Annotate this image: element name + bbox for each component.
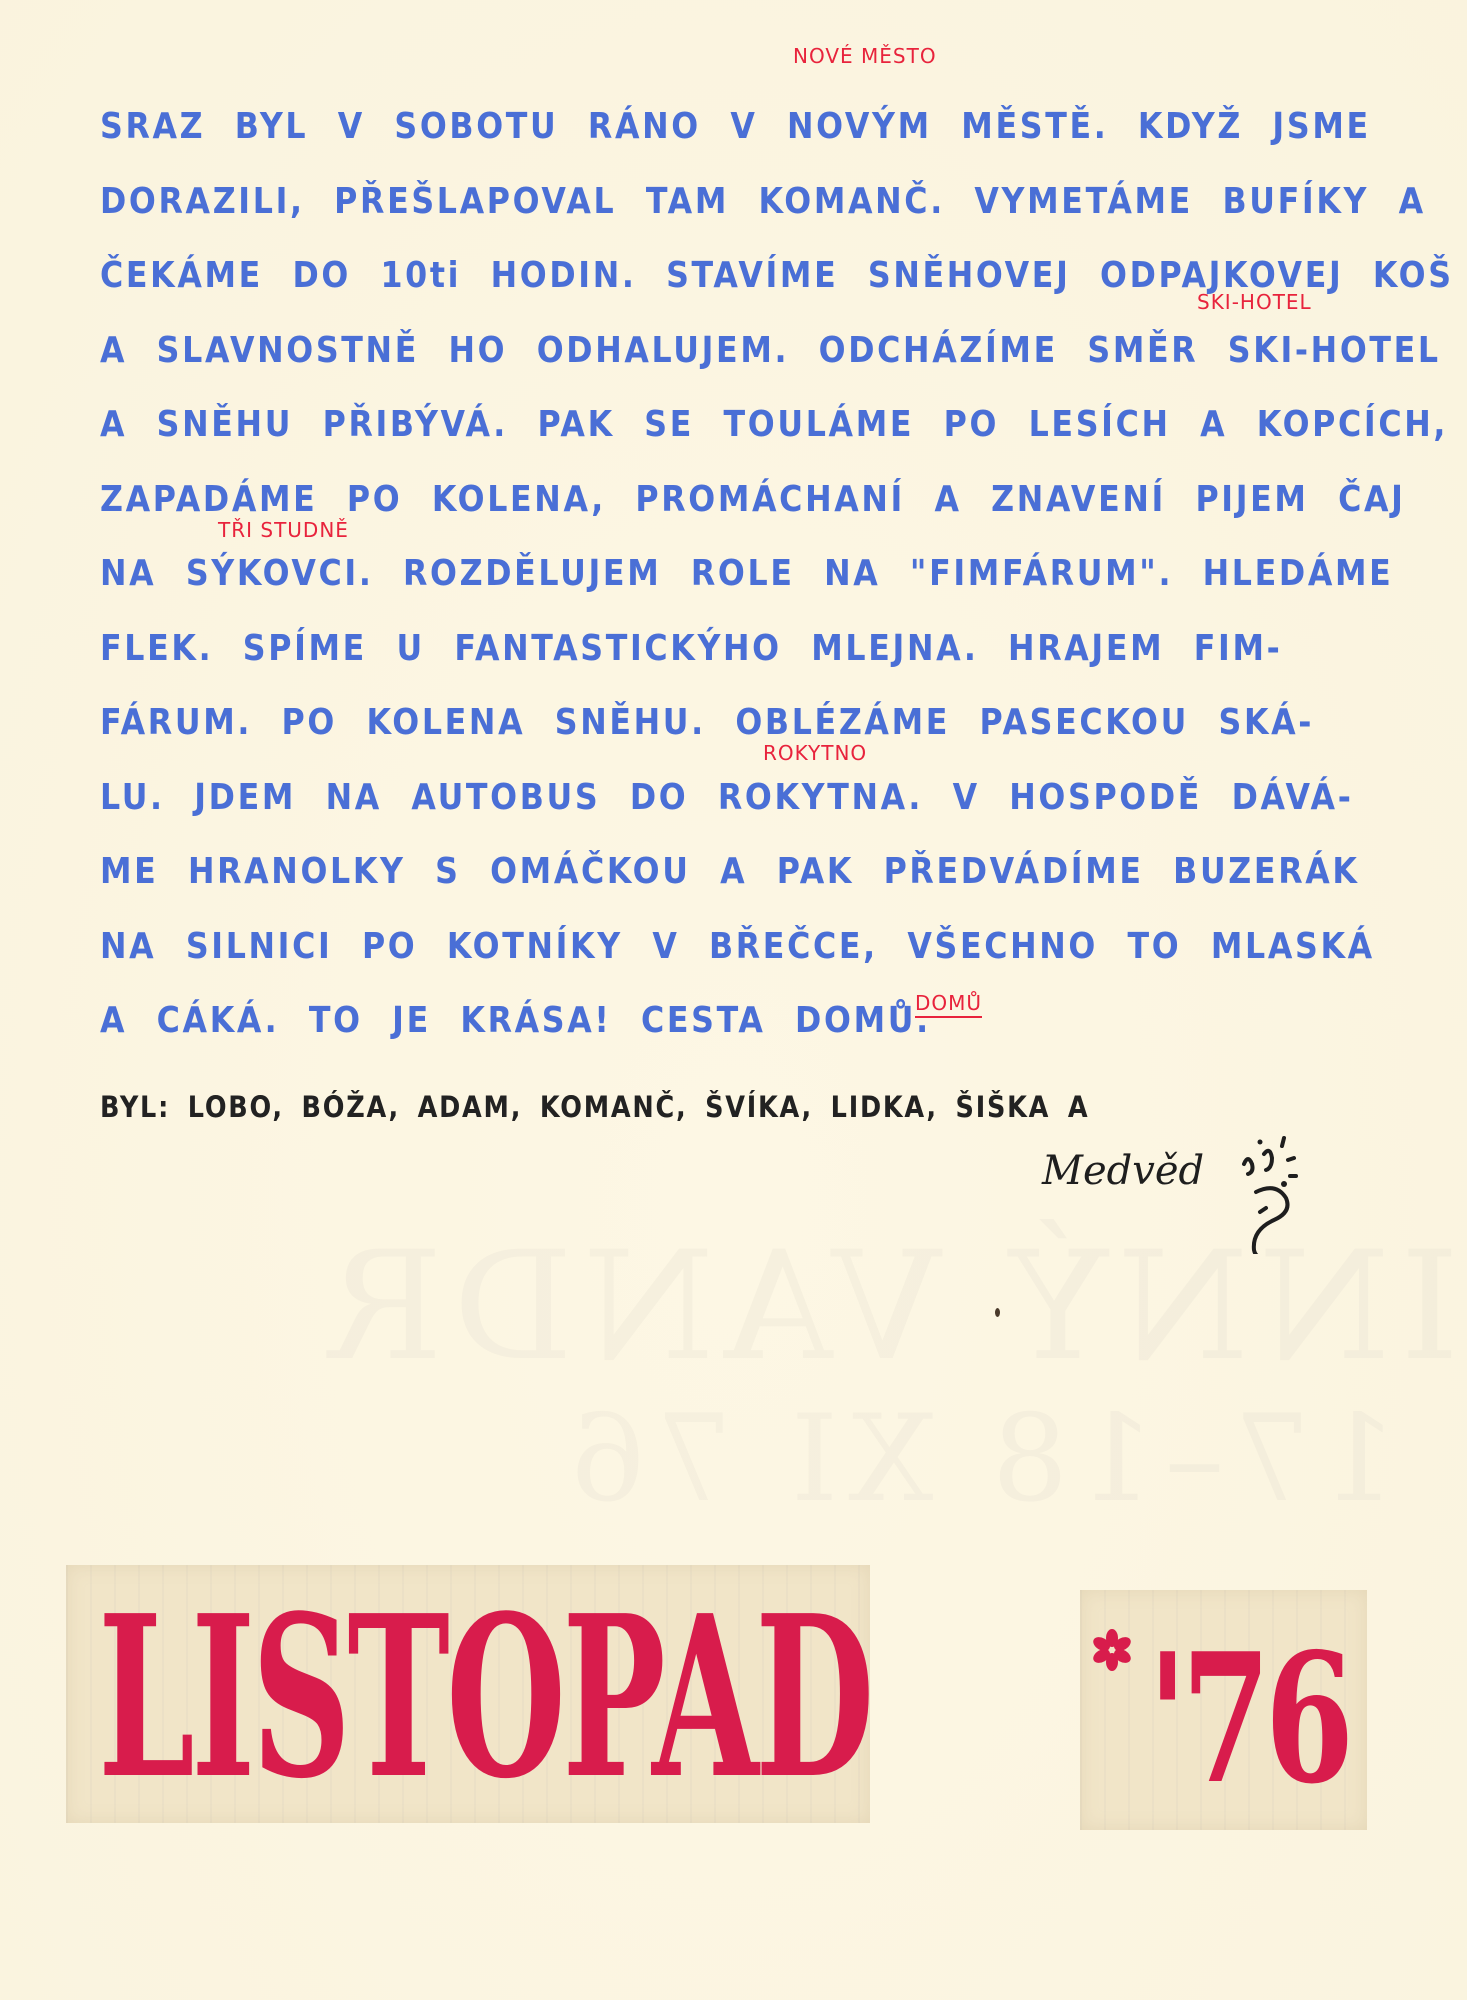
text-line: NA SILNICI PO KOTNÍKY V BŘEČCE, VŠECHNO …	[100, 910, 1191, 985]
show-through-text: 17–18 XI 76	[560, 1390, 1397, 1529]
month-clipping: LISTOPAD	[66, 1565, 870, 1823]
correction-annotation: NOVÉ MĚSTO	[793, 46, 937, 66]
correction-annotation: DOMŮ	[915, 993, 982, 1018]
text-line: A CÁKÁ. TO JE KRÁSA! CESTA DOMŮ.	[100, 984, 1191, 1059]
year-headline: '76	[1148, 1630, 1348, 1808]
signature: Medvěd	[1042, 1148, 1204, 1194]
year-clipping: '76	[1080, 1590, 1367, 1830]
document-page: RODINNÝ VANDR 17–18 XI 76 SRAZ BYL V SOB…	[0, 0, 1467, 2000]
bear-doodle-icon	[1226, 1124, 1316, 1254]
attendees-list: BYL: LOBO, BÓŽA, ADAM, KOMANČ, ŠVÍKA, LI…	[100, 1090, 1089, 1124]
text-line: FLEK. SPÍME U FANTASTICKÝHO MLEJNA. HRAJ…	[100, 612, 1191, 687]
ink-speck	[995, 1308, 1000, 1317]
text-line: FÁRUM. PO KOLENA SNĚHU. OBLÉZÁME PASECKO…	[100, 686, 1191, 761]
text-line: ME HRANOLKY S OMÁČKOU A PAK PŘEDVÁDÍME B…	[100, 835, 1191, 910]
correction-annotation: TŘI STUDNĚ	[218, 520, 349, 540]
text-line: LU. JDEM NA AUTOBUS DO ROKYTNA. V HOSPOD…	[100, 761, 1191, 836]
text-line: A SLAVNOSTNĚ HO ODHALUJEM. ODCHÁZÍME SMĚ…	[100, 314, 1191, 389]
flower-icon	[1090, 1628, 1134, 1672]
handwritten-body: SRAZ BYL V SOBOTU RÁNO V NOVÝM MĚSTĚ. KD…	[100, 90, 1340, 1059]
month-headline: LISTOPAD	[98, 1587, 870, 1809]
text-line: A SNĚHU PŘIBÝVÁ. PAK SE TOULÁME PO LESÍC…	[100, 388, 1191, 463]
correction-annotation: ROKYTNO	[763, 743, 867, 763]
text-line: SRAZ BYL V SOBOTU RÁNO V NOVÝM MĚSTĚ. KD…	[100, 90, 1191, 165]
text-line: ČEKÁME DO 10ti HODIN. STAVÍME SNĚHOVEJ O…	[100, 239, 1191, 314]
text-line: NA SÝKOVCI. ROZDĚLUJEM ROLE NA "FIMFÁRUM…	[100, 537, 1191, 612]
text-line: DORAZILI, PŘEŠLAPOVAL TAM KOMANČ. VYMETÁ…	[100, 165, 1191, 240]
correction-annotation: SKI-HOTEL	[1197, 292, 1312, 312]
